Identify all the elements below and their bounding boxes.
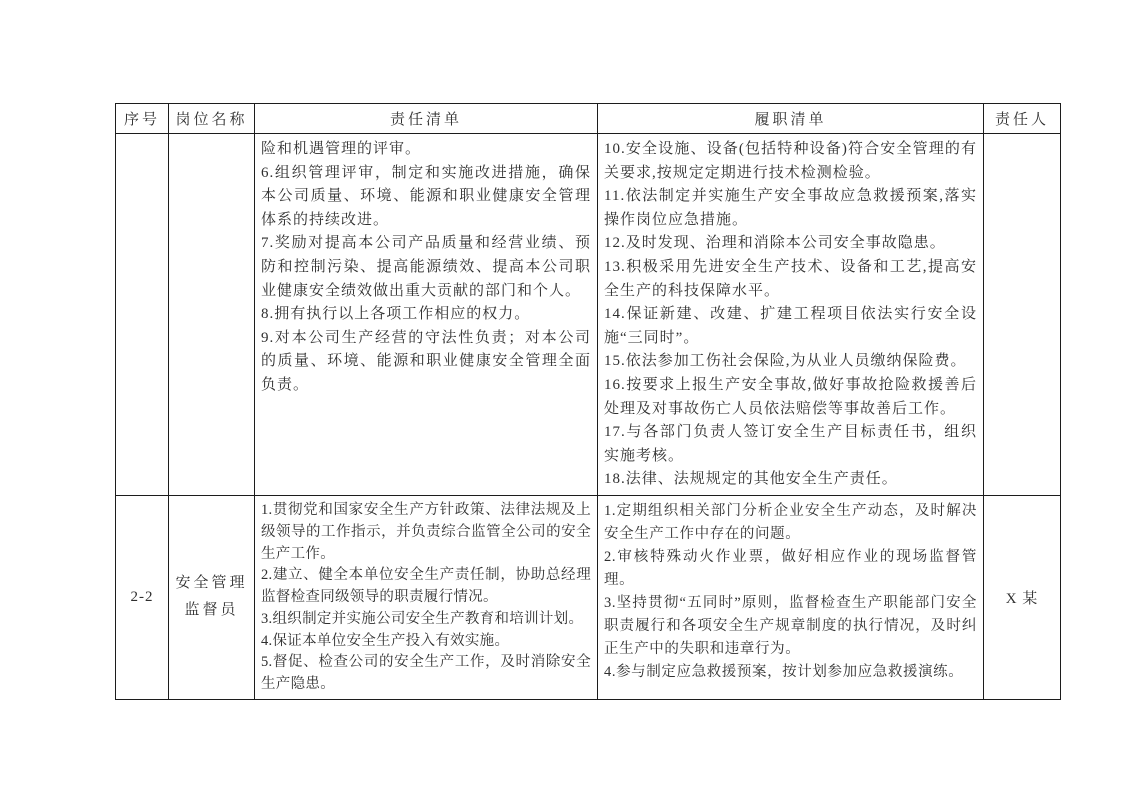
duty-item: 3.坚持贯彻“五同时”原则，监督检查生产职能部门安全职责履行和各项安全生产规章制… [604, 592, 977, 661]
column-header-person: 责任人 [984, 104, 1061, 134]
document-page: 序号 岗位名称 责任清单 履职清单 责任人 险和机遇管理的评审。 6.组织管理评… [0, 0, 1122, 793]
responsibility-item: 5.督促、检查公司的安全生产工作，及时消除安全生产隐患。 [261, 652, 591, 696]
responsibility-item: 4.保证本单位安全生产投入有效实施。 [261, 631, 591, 653]
duty-item: 17.与各部门负责人签订安全生产目标责任书，组织实施考核。 [604, 421, 977, 468]
position-cell: 安全管理监督员 [169, 495, 255, 699]
position-cell [169, 134, 255, 496]
position-responsibility-table: 序号 岗位名称 责任清单 履职清单 责任人 险和机遇管理的评审。 6.组织管理评… [115, 103, 1061, 700]
column-header-serial: 序号 [116, 104, 169, 134]
responsibility-list-cell: 1.贯彻党和国家安全生产方针政策、法律法规及上级领导的工作指示，并负责综合监管全… [255, 495, 598, 699]
duty-item: 1.定期组织相关部门分析企业安全生产动态，及时解决安全生产工作中存在的问题。 [604, 500, 977, 546]
duty-list-cell: 1.定期组织相关部门分析企业安全生产动态，及时解决安全生产工作中存在的问题。 2… [598, 495, 984, 699]
position-name: 安全管理监督员 [173, 570, 251, 624]
duty-item: 13.积极采用先进安全生产技术、设备和工艺,提高安全生产的科技保障水平。 [604, 256, 977, 303]
responsibility-list-cell: 险和机遇管理的评审。 6.组织管理评审，制定和实施改进措施，确保本公司质量、环境… [255, 134, 598, 496]
column-header-position: 岗位名称 [169, 104, 255, 134]
duty-item: 2.审核特殊动火作业票，做好相应作业的现场监督管理。 [604, 546, 977, 592]
responsibility-item: 2.建立、健全本单位安全生产责任制，协助总经理监督检查同级领导的职责履行情况。 [261, 565, 591, 609]
duty-list-cell: 10.安全设施、设备(包括特种设备)符合安全管理的有关要求,按规定定期进行技术检… [598, 134, 984, 496]
responsibility-item: 1.贯彻党和国家安全生产方针政策、法律法规及上级领导的工作指示，并负责综合监管全… [261, 500, 591, 565]
responsibility-item: 8.拥有执行以上各项工作相应的权力。 [261, 303, 591, 327]
duty-item: 10.安全设施、设备(包括特种设备)符合安全管理的有关要求,按规定定期进行技术检… [604, 138, 977, 185]
table-row: 2-2 安全管理监督员 1.贯彻党和国家安全生产方针政策、法律法规及上级领导的工… [116, 495, 1061, 699]
responsibility-item: 3.组织制定并实施公司安全生产教育和培训计划。 [261, 609, 591, 631]
person-cell [984, 134, 1061, 496]
table-row: 险和机遇管理的评审。 6.组织管理评审，制定和实施改进措施，确保本公司质量、环境… [116, 134, 1061, 496]
responsibility-item: 7.奖励对提高本公司产品质量和经营业绩、预防和控制污染、提高能源绩效、提高本公司… [261, 232, 591, 303]
serial-cell: 2-2 [116, 495, 169, 699]
table-header-row: 序号 岗位名称 责任清单 履职清单 责任人 [116, 104, 1061, 134]
serial-cell [116, 134, 169, 496]
person-cell: X 某 [984, 495, 1061, 699]
duty-item: 14.保证新建、改建、扩建工程项目依法实行安全设施“三同时”。 [604, 303, 977, 350]
column-header-duty-list: 履职清单 [598, 104, 984, 134]
responsibility-item: 9.对本公司生产经营的守法性负责；对本公司的质量、环境、能源和职业健康安全管理全… [261, 327, 591, 398]
column-header-responsibility-list: 责任清单 [255, 104, 598, 134]
duty-item: 15.依法参加工伤社会保险,为从业人员缴纳保险费。 [604, 350, 977, 374]
responsibility-item: 6.组织管理评审，制定和实施改进措施，确保本公司质量、环境、能源和职业健康安全管… [261, 162, 591, 233]
duty-item: 12.及时发现、治理和消除本公司安全事故隐患。 [604, 232, 977, 256]
responsibility-item: 险和机遇管理的评审。 [261, 138, 591, 162]
duty-item: 11.依法制定并实施生产安全事故应急救援预案,落实操作岗位应急措施。 [604, 185, 977, 232]
duty-item: 16.按要求上报生产安全事故,做好事故抢险救援善后处理及对事故伤亡人员依法赔偿等… [604, 374, 977, 421]
duty-item: 18.法律、法规规定的其他安全生产责任。 [604, 468, 977, 492]
duty-item: 4.参与制定应急救援预案，按计划参加应急救援演练。 [604, 661, 977, 684]
